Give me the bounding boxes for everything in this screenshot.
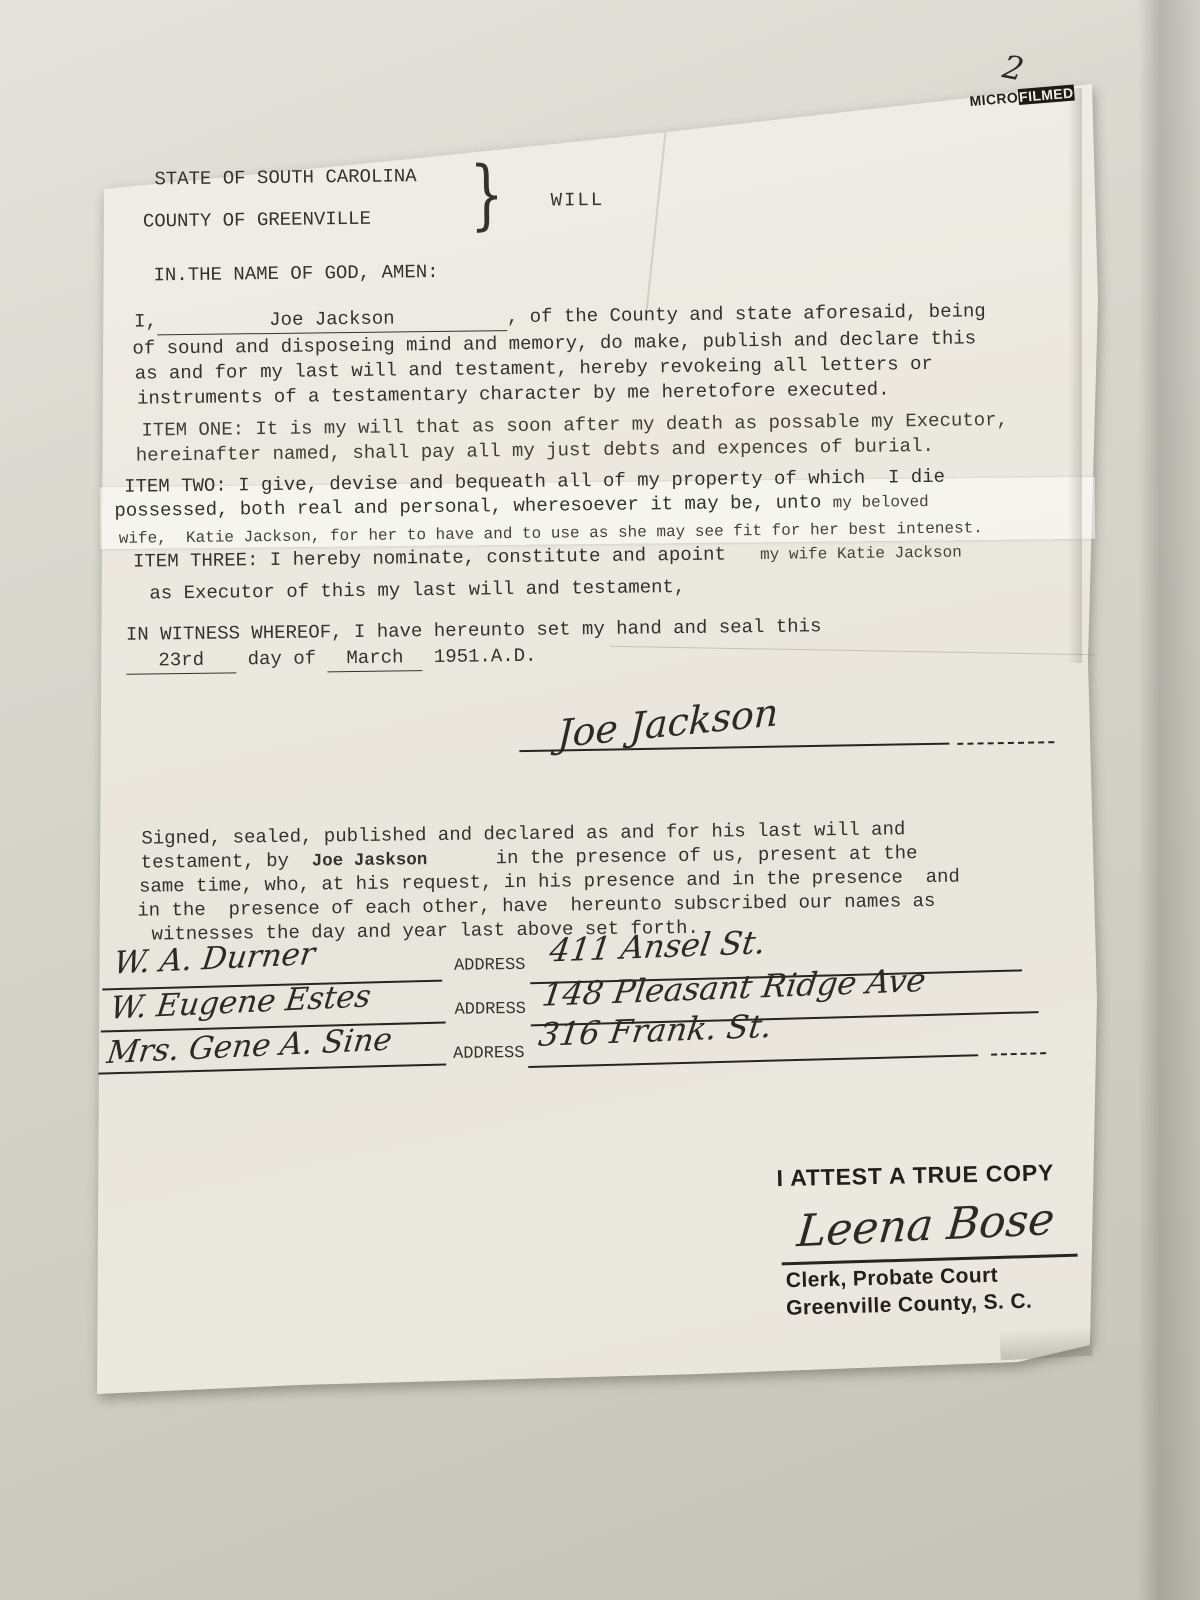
- witness-address-underline-dashes: [991, 1052, 1046, 1055]
- attest-true-copy-stamp: I ATTEST A TRUE COPY: [776, 1159, 1054, 1192]
- witness-signature: W. Eugene Estes: [108, 978, 373, 1027]
- case-brace: }: [469, 149, 504, 238]
- year-text: 1951.A.D.: [422, 645, 536, 668]
- witness-address-underline: [528, 1054, 978, 1068]
- item-three-line-2: as Executor of this my last will and tes…: [149, 575, 685, 607]
- clerk-location-stamp: Greenville County, S. C.: [786, 1290, 1033, 1321]
- invocation-line: IN.THE NAME OF GOD, AMEN:: [153, 260, 438, 288]
- document-content: 2 MICROFILMED STATE OF SOUTH CAROLINA CO…: [0, 0, 1200, 1600]
- address-label: ADDRESS: [453, 1041, 525, 1067]
- page-number-mark: 2: [1000, 47, 1027, 88]
- opening-line-1-rest: , of the County and state aforesaid, bei…: [507, 300, 986, 328]
- microfilmed-stamp: MICROFILMED: [969, 85, 1075, 110]
- county-caption: COUNTY OF GREENVILLE: [143, 207, 371, 235]
- testator-name-blank: Joe Jackson: [157, 305, 507, 335]
- clerk-title-stamp: Clerk, Probate Court: [786, 1264, 999, 1294]
- month-blank: March: [327, 645, 422, 672]
- state-caption: STATE OF SOUTH CAROLINA: [154, 164, 417, 192]
- attestation-testator-name: Joe Jaskson: [312, 850, 428, 871]
- document-photo: 2 MICROFILMED STATE OF SOUTH CAROLINA CO…: [0, 0, 1200, 1600]
- witness-address: 316 Frank. St.: [536, 1007, 774, 1054]
- witness-address: 148 Pleasant Ridge Ave: [540, 961, 928, 1014]
- day-of-text: day of: [236, 647, 327, 670]
- witness-clause-line-2: 23rd day of March 1951.A.D.: [126, 644, 537, 675]
- witness-clause-line-1: IN WITNESS WHEREOF, I have hereunto set …: [126, 614, 822, 647]
- address-label: ADDRESS: [454, 997, 526, 1023]
- will-title: WILL: [551, 188, 605, 214]
- opening-i: I,: [134, 310, 157, 332]
- microfilmed-stamp-right: FILMED: [1017, 85, 1075, 106]
- item-two-line-2-insert: my beloved: [833, 493, 929, 512]
- day-blank: 23rd: [126, 647, 236, 674]
- witness-signature: W. A. Durner: [112, 936, 317, 982]
- address-label: ADDRESS: [454, 953, 526, 979]
- clerk-signature: Leena Bose: [795, 1194, 1057, 1257]
- item-three-line-1-insert: my wife Katie Jackson: [760, 544, 962, 564]
- microfilmed-stamp-left: MICRO: [969, 89, 1019, 109]
- witness-address: 411 Ansel St.: [547, 923, 768, 970]
- attestation-line-2-pre: testament, by: [141, 850, 312, 874]
- testator-signature-line-dashes: [957, 741, 1054, 745]
